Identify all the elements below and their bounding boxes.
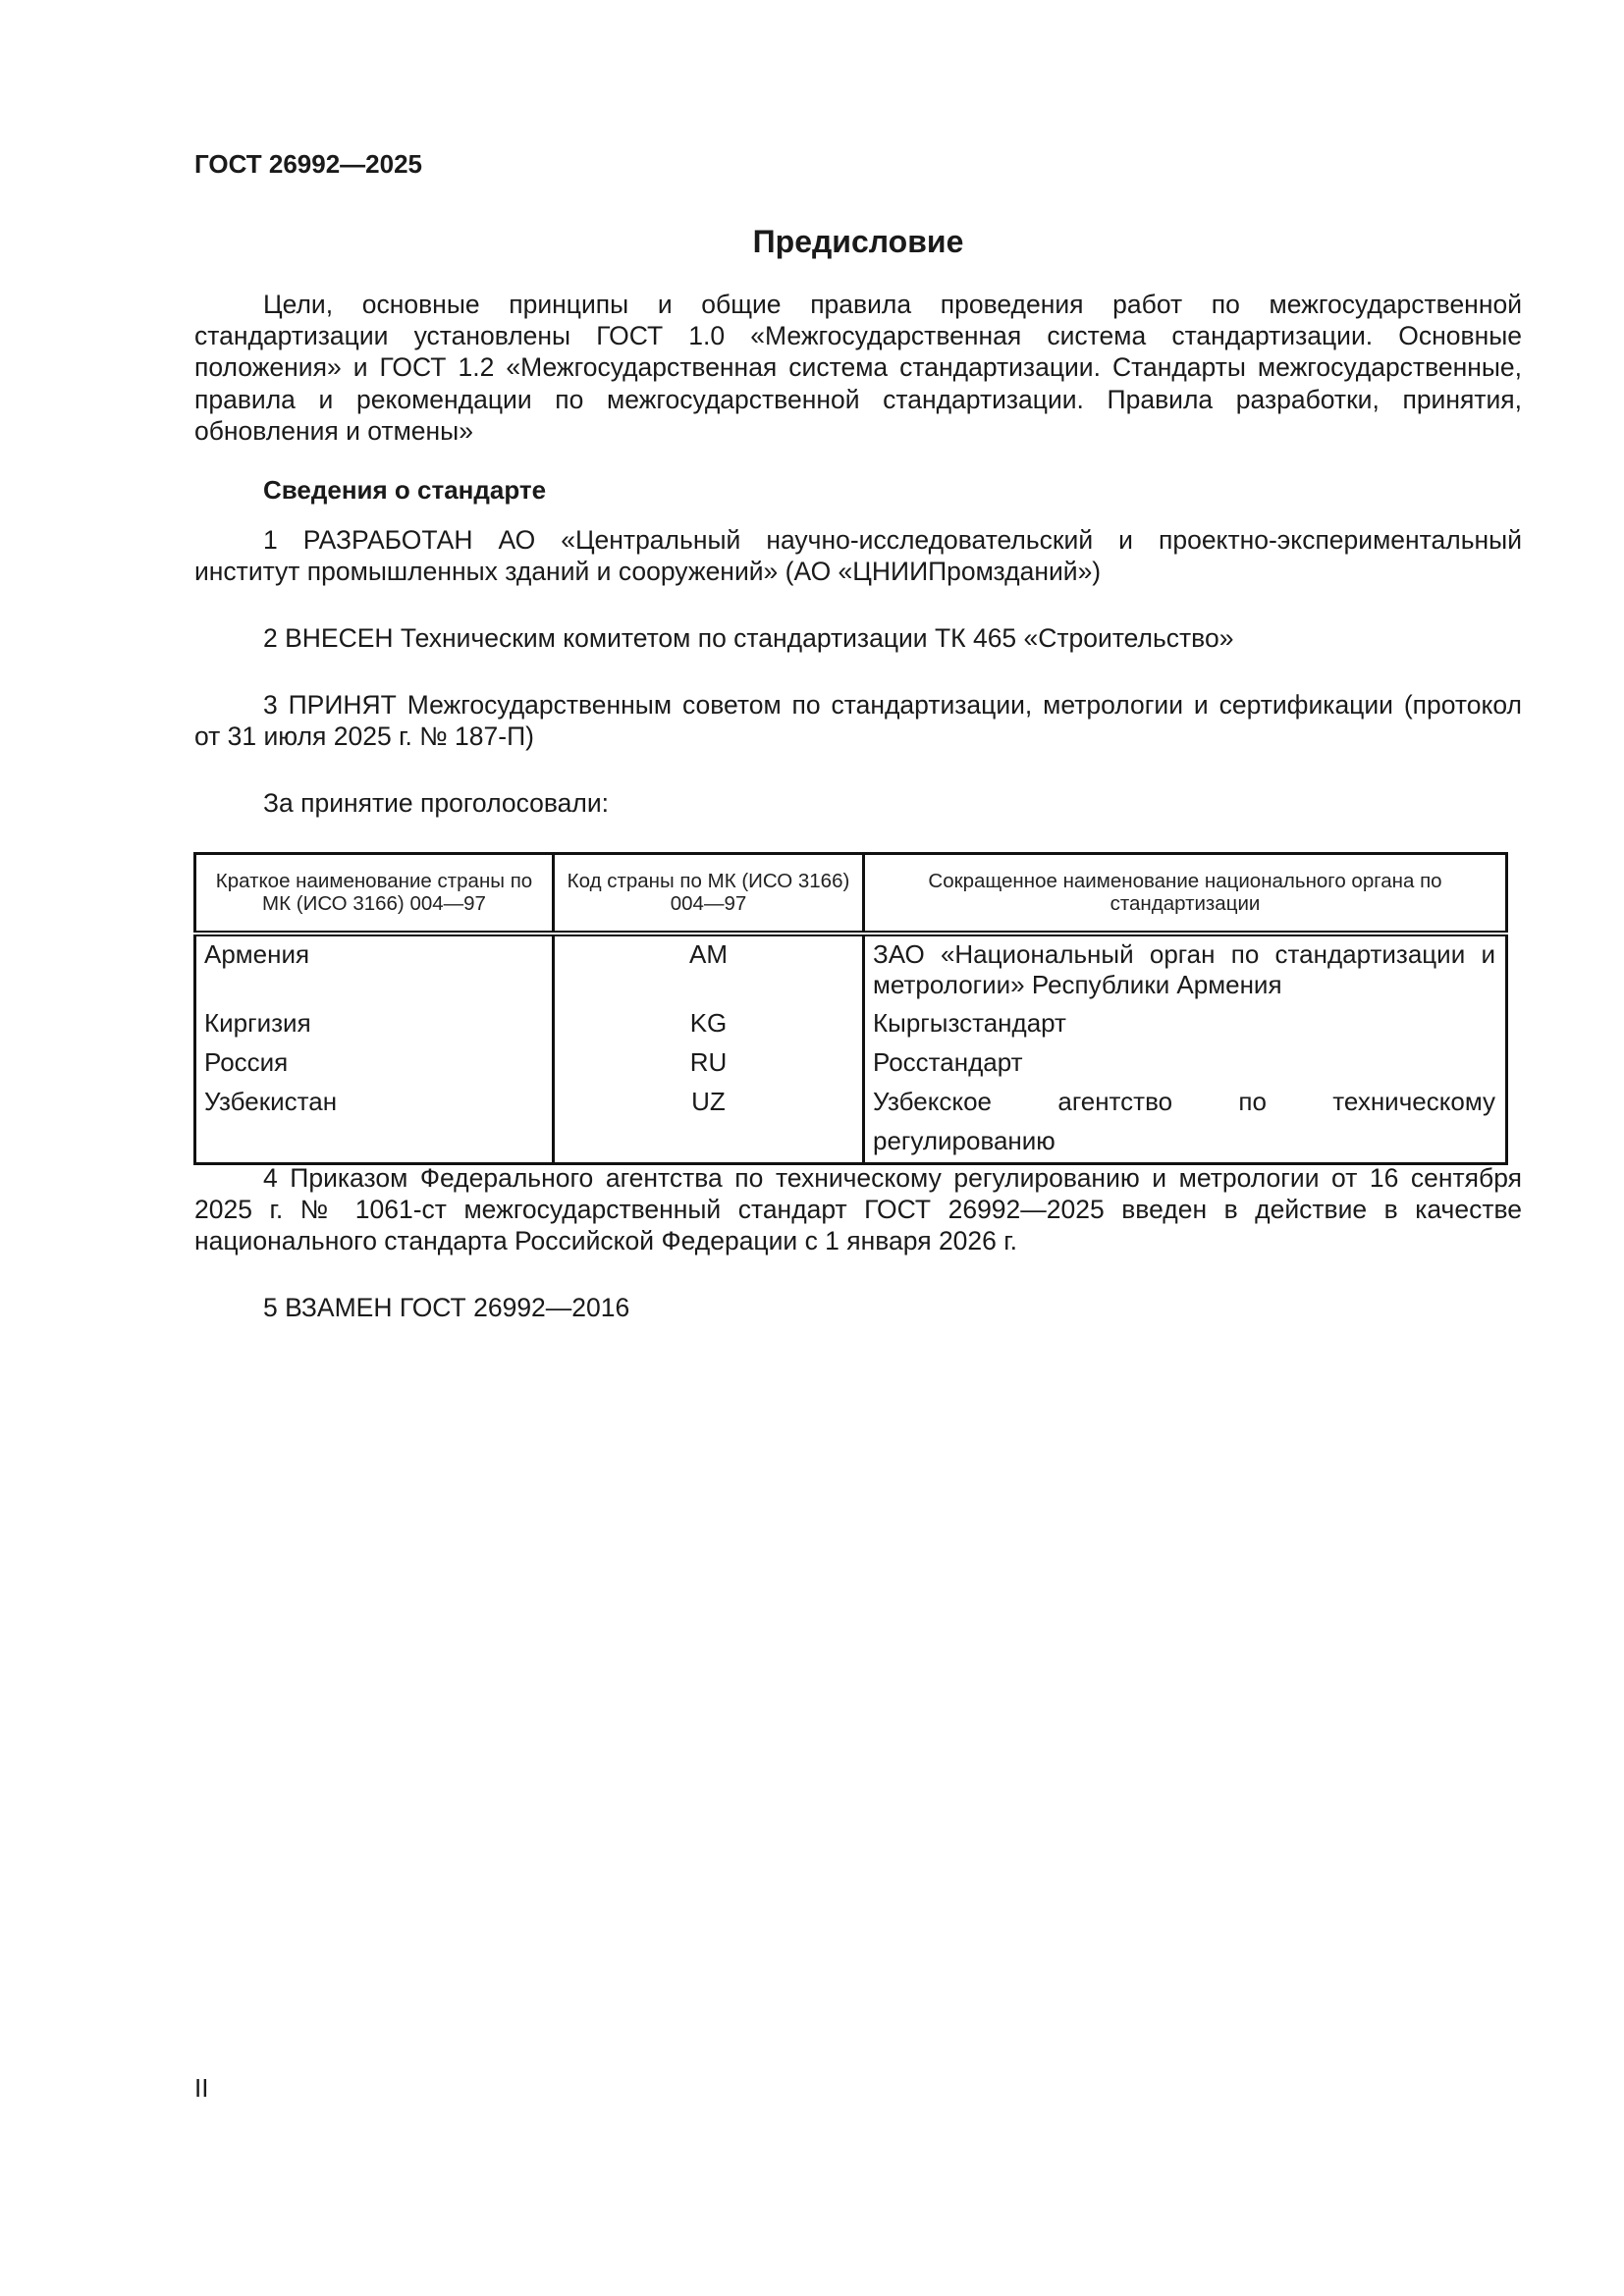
page-number: II [194,2073,208,2104]
column-header-country: Краткое наименование страны по МК (ИСО 3… [195,854,554,934]
page-title: Предисловие [194,224,1522,260]
info-item-1: 1 РАЗРАБОТАН АО «Центральный научно-иссл… [194,524,1522,587]
votes-table: Краткое наименование страны по МК (ИСО 3… [193,852,1508,1165]
country-name: Россия [195,1042,554,1082]
table-row: Россия RU Росстандарт [195,1042,1507,1082]
country-name: Армения [195,934,554,1003]
document-page: ГОСТ 26992—2025 Предисловие Цели, основн… [0,0,1624,2296]
column-header-code: Код страны по МК (ИСО 3166) 004—97 [554,854,864,934]
intro-paragraph: Цели, основные принципы и общие правила … [194,289,1522,447]
national-body: Росстандарт [864,1042,1507,1082]
table-row: Узбекистан UZ Узбекское агентство по тех… [195,1082,1507,1164]
info-item-5: 5 ВЗАМЕН ГОСТ 26992—2016 [194,1292,1522,1323]
section-heading: Сведения о стандарте [263,475,546,506]
country-code: RU [554,1042,864,1082]
national-body: Кыргызстандарт [864,1003,1507,1042]
document-designation: ГОСТ 26992—2025 [194,149,422,180]
country-name: Узбекистан [195,1082,554,1164]
info-item-4: 4 Приказом Федерального агентства по тех… [194,1162,1522,1257]
column-header-national-body: Сокращенное наименование национального о… [864,854,1507,934]
info-item-2: 2 ВНЕСЕН Техническим комитетом по станда… [194,622,1522,654]
country-code: AM [554,934,864,1003]
country-name: Киргизия [195,1003,554,1042]
country-code: KG [554,1003,864,1042]
national-body: Узбекское агентство по техническому регу… [864,1082,1507,1164]
national-body: ЗАО «Национальный орган по стандартизаци… [864,934,1507,1003]
table-header-row: Краткое наименование страны по МК (ИСО 3… [195,854,1507,934]
info-item-3: 3 ПРИНЯТ Межгосударственным советом по с… [194,689,1522,752]
table-row: Армения AM ЗАО «Национальный орган по ст… [195,934,1507,1003]
country-code: UZ [554,1082,864,1164]
table-row: Киргизия KG Кыргызстандарт [195,1003,1507,1042]
votes-caption: За принятие проголосовали: [263,788,609,819]
